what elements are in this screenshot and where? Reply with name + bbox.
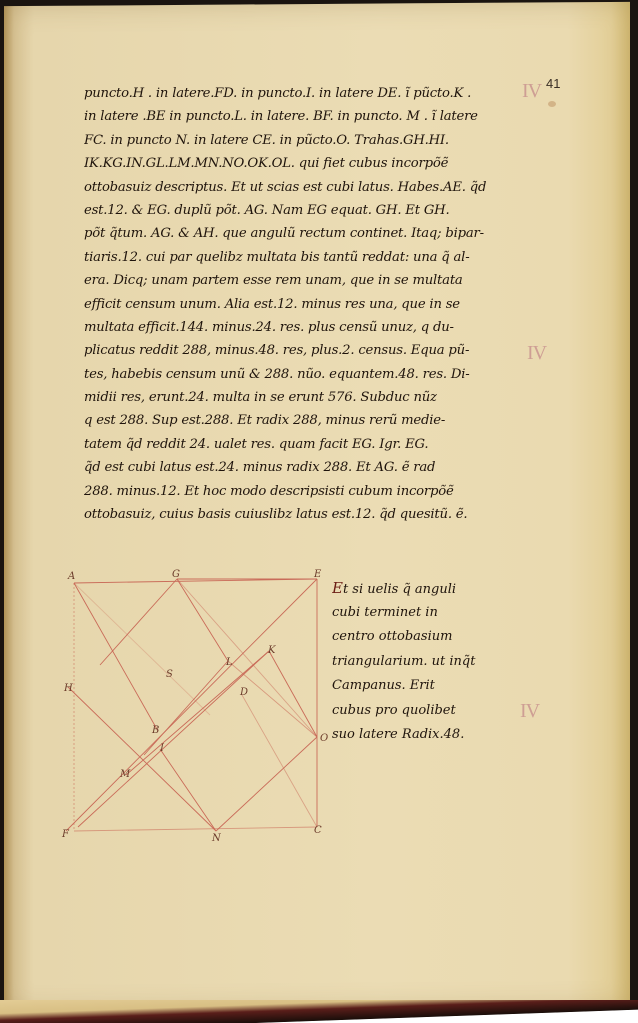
- diagram-label: K: [267, 645, 276, 656]
- diagram-label: F: [61, 829, 70, 840]
- text-line-content: t si uelis q̃ anguli: [343, 582, 456, 597]
- text-line: centro ottobasium: [332, 625, 532, 650]
- diagram-label: D: [239, 687, 248, 698]
- text-line: puncto.H . in latere.FD. in puncto.I. in…: [84, 82, 514, 105]
- text-line: suo latere Radix.48.: [332, 723, 532, 748]
- text-line: 288. minus.12. Et hoc modo descripsisti …: [84, 480, 514, 503]
- text-line: triangularium. ut inq̃t: [332, 650, 532, 675]
- diagram-label: H: [63, 683, 73, 694]
- text-line: plicatus reddit 288, minus.48. res, plus…: [84, 339, 514, 362]
- diagram-label: B: [151, 725, 159, 736]
- text-line: tatem q̃d reddit 24. ualet res. quam fac…: [84, 433, 514, 456]
- initial-letter: E: [332, 579, 343, 597]
- folio-number: 41: [546, 76, 560, 91]
- diagram-label: E: [313, 569, 322, 580]
- diagram-label: C: [314, 825, 322, 836]
- margin-numeral: IV: [522, 80, 541, 103]
- text-line: Et si uelis q̃ anguli: [332, 576, 532, 601]
- main-text: puncto.H . in latere.FD. in puncto.I. in…: [84, 82, 514, 526]
- diagram-label: M: [119, 769, 131, 780]
- diagram-label: G: [172, 569, 180, 580]
- ink-stain: [548, 101, 556, 107]
- text-line: q̃d est cubi latus est.24. minus radix 2…: [84, 456, 514, 479]
- text-line: tiaris.12. cui par quelibz multata bis t…: [84, 246, 514, 269]
- text-line: ottobasuiz descriptus. Et ut scias est c…: [84, 176, 514, 199]
- diagram-label: S: [166, 669, 173, 680]
- text-line: in latere .BE in puncto.L. in latere. BF…: [84, 105, 514, 128]
- diagram-label: L: [225, 657, 233, 668]
- text-line: efficit censum unum. Alia est.12. minus …: [84, 293, 514, 316]
- text-line: FC. in puncto N. in latere CE. in pũcto.…: [84, 129, 514, 152]
- text-line: era. Dicq; unam partem esse rem unam, qu…: [84, 269, 514, 292]
- diagram-label: N: [211, 833, 222, 844]
- margin-numeral: IV: [527, 342, 546, 365]
- text-line: tes, habebis censum unũ & 288. nũo. equa…: [84, 363, 514, 386]
- side-note: Et si uelis q̃ anguli cubi terminet in c…: [332, 576, 532, 748]
- text-line: q est 288. Sup est.288. Et radix 288, mi…: [84, 409, 514, 432]
- text-line: põt q̃tum. AG. & AH. que angulũ rectum c…: [84, 222, 514, 245]
- text-line: cubus pro quolibet: [332, 699, 532, 724]
- geometric-diagram: A G E K L S D H B O I M F N C: [60, 565, 330, 845]
- text-line: ottobasuiz, cuius basis cuiuslibz latus …: [84, 503, 514, 526]
- diagram-label: A: [67, 571, 75, 582]
- text-line: Campanus. Erit: [332, 674, 532, 699]
- diagram-labels: A G E K L S D H B O I M F N C: [61, 569, 328, 844]
- text-line: cubi terminet in: [332, 601, 532, 626]
- book-cover-edge: [0, 1000, 638, 1023]
- text-line: multata efficit.144. minus.24. res. plus…: [84, 316, 514, 339]
- diagram-label: I: [159, 743, 165, 754]
- text-line: IK.KG.IN.GL.LM.MN.NO.OK.OL. qui fiet cub…: [84, 152, 514, 175]
- diagram-label: O: [320, 733, 328, 744]
- text-line: midii res, erunt.24. multa in se erunt 5…: [84, 386, 514, 409]
- text-line: est.12. & EG. duplũ põt. AG. Nam EG equa…: [84, 199, 514, 222]
